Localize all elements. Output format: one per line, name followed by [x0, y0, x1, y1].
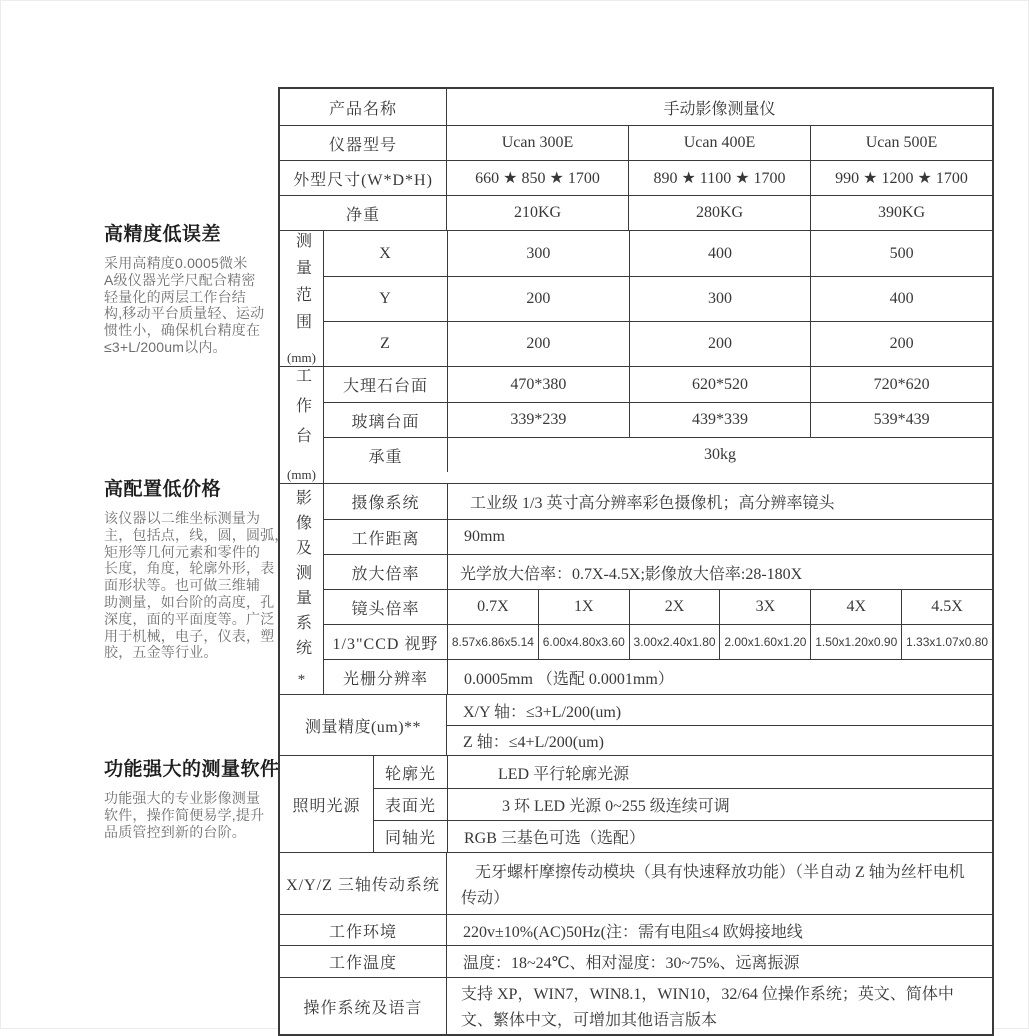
worktable-value: 720*620: [810, 367, 992, 402]
table-row-lens-magnification: 镜头倍率 0.7X 1X 2X 3X 4X 4.5X: [324, 589, 992, 624]
feature-line: 深度，面的平面度等。广泛: [104, 611, 282, 628]
feature-title: 高精度低误差: [104, 219, 282, 246]
row-label-environment: 工作环境: [280, 915, 446, 945]
load-value: 30kg: [447, 438, 992, 472]
range-value: 200: [629, 322, 811, 366]
coaxial-light-label: 同轴光: [374, 821, 447, 852]
lens-value: 3X: [719, 590, 810, 624]
magnification-value: 光学放大倍率：0.7X-4.5X;影像放大倍率:28-180X: [447, 555, 992, 589]
feature-line: ≤3+L/200um以内。: [104, 339, 282, 356]
feature-line: 惯性小，确保机台精度在: [104, 322, 282, 339]
table-row-transmission: X/Y/Z 三轴传动系统 无牙螺杆摩擦传动模块（具有快速释放功能）（半自动 Z …: [280, 852, 992, 914]
transmission-value: 无牙螺杆摩擦传动模块（具有快速释放功能）（半自动 Z 轴为丝杆电机传动）: [447, 856, 992, 912]
range-value: 400: [629, 231, 811, 276]
table-row-temperature: 工作温度 温度：18~24℃、相对湿度：30~75%、远离振源: [280, 945, 992, 977]
table-row-axis-y: Y 200 300 400: [324, 276, 992, 321]
feature-line: 面形状等。也可做三维辅: [104, 577, 282, 594]
lens-magnification-label: 镜头倍率: [324, 590, 447, 624]
table-row-axis-x: X 300 400 500: [324, 231, 992, 276]
section-accuracy: 测量精度(um)** X/Y 轴：≤3+L/200(um) Z 轴：≤4+L/2…: [280, 694, 992, 755]
ccd-view-value: 1.50x1.20x0.90: [810, 625, 901, 659]
row-label-product-name: 产品名称: [280, 89, 446, 125]
feature-line: 胶，五金等行业。: [104, 644, 282, 661]
lens-value: 4.5X: [901, 590, 992, 624]
feature-line: 软件，操作简便易学,提升: [104, 807, 282, 824]
worktable-value: 439*339: [629, 403, 811, 437]
feature-line: 助测量，如台阶的高度，孔: [104, 594, 282, 611]
table-row-os-language: 操作系统及语言 支持 XP，WIN7，WIN8.1，WIN10，32/64 位操…: [280, 977, 992, 1034]
section-lighting: 照明光源 轮廓光 LED 平行轮廓光源 表面光 3 环 LED 光源 0~255…: [280, 755, 992, 852]
table-row-dimensions: 外型尺寸(W*D*H) 660 ★ 850 ★ 1700 890 ★ 1100 …: [280, 160, 992, 195]
feature-line: A级仪器光学尺配合精密: [104, 272, 282, 289]
grating-resolution-label: 光栅分辨率: [324, 660, 447, 694]
product-name-value: 手动影像测量仪: [446, 89, 992, 125]
section-label-worktable: 工作台 (mm): [280, 367, 323, 483]
section-measuring-range: 测量范围 (mm) X 300 400 500 Y 200 300 400 Z: [280, 230, 992, 366]
table-row-accuracy-xy: X/Y 轴：≤3+L/200(um): [447, 695, 992, 725]
section-imaging-system: 影像及测量系统 * 摄像系统 工业级 1/3 英寸高分辨率彩色摄像机；高分辨率镜…: [280, 483, 992, 694]
table-row-weight: 净重 210KG 280KG 390KG: [280, 195, 992, 230]
dims-value: 660 ★ 850 ★ 1700: [446, 161, 628, 195]
contour-light-value: LED 平行轮廓光源: [447, 756, 992, 788]
table-row-product: 产品名称 手动影像测量仪: [280, 89, 992, 125]
axis-label: Z: [324, 322, 447, 366]
temperature-value: 温度：18~24℃、相对湿度：30~75%、远离振源: [446, 946, 992, 977]
table-row-grating-resolution: 光栅分辨率 0.0005mm （选配 0.0001mm）: [324, 659, 992, 694]
table-row-working-distance: 工作距离 90mm: [324, 519, 992, 554]
table-row-camera: 摄像系统 工业级 1/3 英寸高分辨率彩色摄像机；高分辨率镜头: [324, 484, 992, 519]
spec-sheet-page: 高精度低误差 采用高精度0.0005微米 A级仪器光学尺配合精密 轻量化的两层工…: [0, 0, 1029, 1029]
lens-value: 0.7X: [447, 590, 538, 624]
row-label-model: 仪器型号: [280, 126, 446, 160]
feature-line: 采用高精度0.0005微米: [104, 255, 282, 272]
table-row-ccd-view: 1/3"CCD 视野 8.57x6.86x5.14 6.00x4.80x3.60…: [324, 624, 992, 659]
worktable-sub-label: 玻璃台面: [324, 403, 447, 437]
dims-value: 890 ★ 1100 ★ 1700: [628, 161, 810, 195]
lens-value: 4X: [810, 590, 901, 624]
feature-title: 高配置低价格: [104, 474, 282, 501]
table-row-accuracy-z: Z 轴：≤4+L/200(um): [447, 725, 992, 755]
table-row-glass-top: 玻璃台面 339*239 439*339 539*439: [324, 402, 992, 437]
weight-value: 280KG: [628, 196, 810, 230]
table-row-load: 承重 30kg: [324, 437, 992, 472]
ccd-view-value: 3.00x2.40x1.80: [629, 625, 720, 659]
range-value: 300: [447, 231, 629, 276]
axis-label: Y: [324, 277, 447, 321]
table-row-model: 仪器型号 Ucan 300E Ucan 400E Ucan 500E: [280, 125, 992, 160]
feature-line: 矩形等几何元素和零件的: [104, 544, 282, 561]
ccd-view-value: 1.33x1.07x0.80: [901, 625, 992, 659]
worktable-value: 539*439: [810, 403, 992, 437]
lens-value: 1X: [538, 590, 629, 624]
contour-light-label: 轮廓光: [374, 756, 447, 788]
row-label-os-language: 操作系统及语言: [280, 978, 446, 1034]
model-value-300e: Ucan 300E: [446, 126, 628, 160]
ccd-view-value: 6.00x4.80x3.60: [538, 625, 629, 659]
axis-label: X: [324, 231, 447, 276]
table-row-surface-light: 表面光 3 环 LED 光源 0~255 级连续可调: [374, 788, 992, 820]
table-row-marble-top: 大理石台面 470*380 620*520 720*620: [324, 367, 992, 402]
feature-block-accuracy: 高精度低误差 采用高精度0.0005微米 A级仪器光学尺配合精密 轻量化的两层工…: [104, 219, 282, 356]
ccd-view-value: 2.00x1.60x1.20: [719, 625, 810, 659]
grating-resolution-value: 0.0005mm （选配 0.0001mm）: [447, 660, 992, 694]
feature-line: 该仪器以二维坐标测量为: [104, 510, 282, 527]
section-label-imaging-system: 影像及测量系统 *: [280, 484, 323, 694]
environment-value: 220v±10%(AC)50Hz(注：需有电阻≤4 欧姆接地线: [446, 915, 992, 945]
section-label-measuring-range: 测量范围 (mm): [280, 231, 323, 366]
camera-value: 工业级 1/3 英寸高分辨率彩色摄像机；高分辨率镜头: [447, 484, 992, 519]
table-row-axis-z: Z 200 200 200: [324, 321, 992, 366]
surface-light-value: 3 环 LED 光源 0~255 级连续可调: [447, 789, 992, 820]
lens-value: 2X: [629, 590, 720, 624]
magnification-label: 放大倍率: [324, 555, 447, 589]
section-label-accuracy: 测量精度(um)**: [280, 695, 446, 755]
table-row-contour-light: 轮廓光 LED 平行轮廓光源: [374, 756, 992, 788]
table-row-coaxial-light: 同轴光 RGB 三基色可选（选配）: [374, 820, 992, 852]
range-value: 400: [810, 277, 992, 321]
model-value-400e: Ucan 400E: [628, 126, 810, 160]
accuracy-z-value: Z 轴：≤4+L/200(um): [447, 726, 992, 755]
range-value: 500: [810, 231, 992, 276]
feature-block-software: 功能强大的测量软件 功能强大的专业影像测量 软件，操作简便易学,提升 品质管控到…: [104, 754, 282, 840]
spec-table: 产品名称 手动影像测量仪 仪器型号 Ucan 300E Ucan 400E Uc…: [278, 87, 994, 1036]
dims-value: 990 ★ 1200 ★ 1700: [810, 161, 992, 195]
working-distance-label: 工作距离: [324, 520, 447, 554]
section-worktable: 工作台 (mm) 大理石台面 470*380 620*520 720*620 玻…: [280, 366, 992, 483]
feature-line: 品质管控到新的台阶。: [104, 824, 282, 841]
os-language-value: 支持 XP，WIN7，WIN8.1，WIN10，32/64 位操作系统；英文、简…: [447, 978, 992, 1034]
range-value: 200: [447, 277, 629, 321]
row-label-weight: 净重: [280, 196, 446, 230]
ccd-view-value: 8.57x6.86x5.14: [447, 625, 538, 659]
feature-line: 主，包括点，线，圆，圆弧，: [104, 527, 282, 544]
feature-line: 功能强大的专业影像测量: [104, 790, 282, 807]
model-value-500e: Ucan 500E: [810, 126, 992, 160]
weight-value: 390KG: [810, 196, 992, 230]
range-value: 200: [447, 322, 629, 366]
feature-line: 构,移动平台质量轻、运动: [104, 305, 282, 322]
working-distance-value: 90mm: [447, 520, 992, 554]
surface-light-label: 表面光: [374, 789, 447, 820]
worktable-sub-label: 大理石台面: [324, 367, 447, 402]
worktable-value: 339*239: [447, 403, 629, 437]
camera-label: 摄像系统: [324, 484, 447, 519]
coaxial-light-value: RGB 三基色可选（选配）: [447, 821, 992, 852]
table-row-environment: 工作环境 220v±10%(AC)50Hz(注：需有电阻≤4 欧姆接地线: [280, 914, 992, 945]
feature-title: 功能强大的测量软件: [104, 754, 282, 781]
feature-line: 轻量化的两层工作台结: [104, 289, 282, 306]
accuracy-xy-value: X/Y 轴：≤3+L/200(um): [447, 695, 992, 725]
range-value: 200: [810, 322, 992, 366]
load-label: 承重: [324, 438, 447, 472]
worktable-value: 620*520: [629, 367, 811, 402]
weight-value: 210KG: [446, 196, 628, 230]
feature-line: 用于机械，电子，仪表，塑: [104, 628, 282, 645]
section-label-lighting: 照明光源: [280, 756, 373, 852]
feature-line: 长度，角度，轮廓外形，表: [104, 560, 282, 577]
worktable-value: 470*380: [447, 367, 629, 402]
row-label-transmission: X/Y/Z 三轴传动系统: [280, 853, 446, 914]
row-label-dimensions: 外型尺寸(W*D*H): [280, 161, 446, 195]
range-value: 300: [629, 277, 811, 321]
ccd-view-label: 1/3"CCD 视野: [324, 625, 447, 659]
row-label-temperature: 工作温度: [280, 946, 446, 977]
feature-block-configuration: 高配置低价格 该仪器以二维坐标测量为 主，包括点，线，圆，圆弧， 矩形等几何元素…: [104, 474, 282, 661]
table-row-magnification: 放大倍率 光学放大倍率：0.7X-4.5X;影像放大倍率:28-180X: [324, 554, 992, 589]
